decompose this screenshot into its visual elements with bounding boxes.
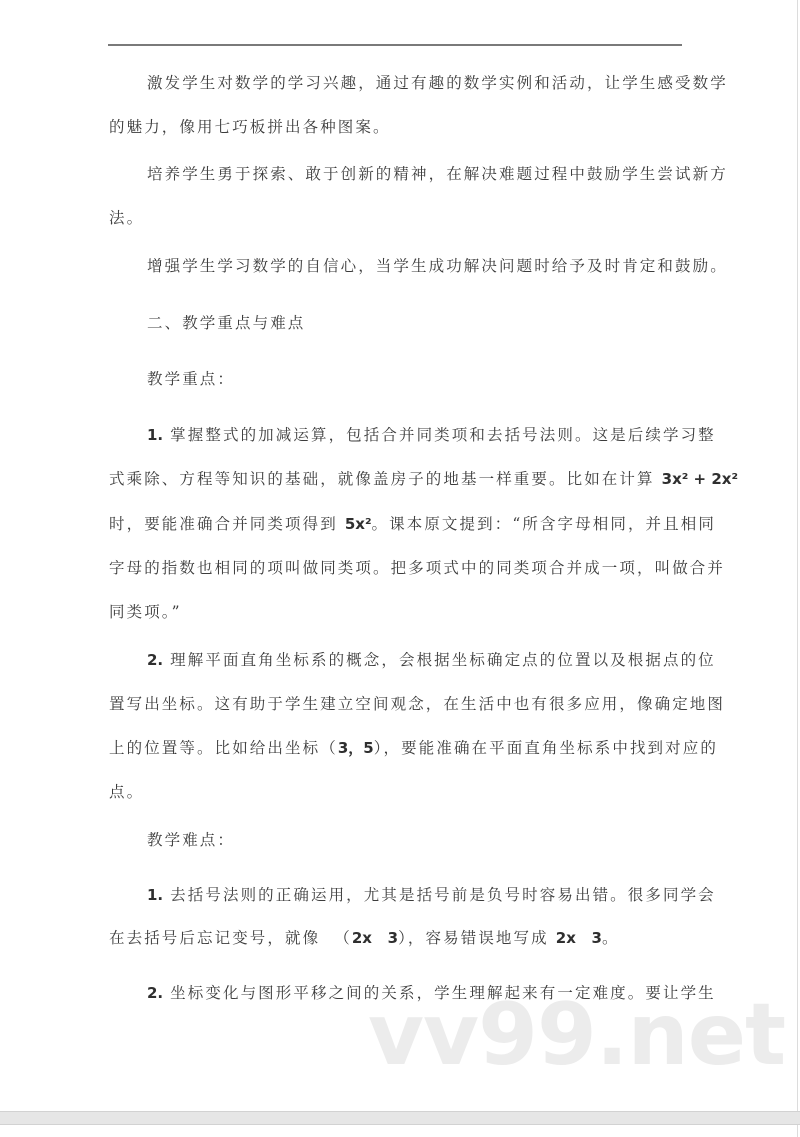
paragraph-line: 培养学生勇于探索、敢于创新的精神，在解决难题过程中鼓励学生尝试新方 xyxy=(147,164,721,184)
difficult-point-1-text: 在去括号后忘记变号，就像 （ xyxy=(109,929,352,947)
difficult-point-1-text: 。 xyxy=(602,929,620,947)
key-point-1-line: 1. 掌握整式的加减运算，包括合并同类项和去括号法则。这是后续学习整 xyxy=(147,425,721,445)
key-point-2-line: 2. 理解平面直角坐标系的概念，会根据坐标确定点的位置以及根据点的位 xyxy=(147,650,721,670)
math-expression: 3x² + 2x² xyxy=(662,470,738,488)
difficult-point-1-line: 在去括号后忘记变号，就像 （2x 3），容易错误地写成 2x 3。 xyxy=(109,928,683,948)
page-edge xyxy=(797,0,798,1137)
watermark: vv99.net xyxy=(368,990,785,1080)
key-point-1-text: 掌握整式的加减运算，包括合并同类项和去括号法则。这是后续学习整 xyxy=(170,426,716,444)
key-point-2-text: 理解平面直角坐标系的概念，会根据坐标确定点的位置以及根据点的位 xyxy=(170,651,716,669)
difficult-point-1-text: 去括号法则的正确运用，尤其是括号前是负号时容易出错。很多同学会 xyxy=(170,886,716,904)
key-point-2-text: ），要能准确在平面直角坐标系中找到对应的 xyxy=(374,739,718,757)
key-point-2-line: 点。 xyxy=(109,782,683,802)
key-point-1-text: 式乘除、方程等知识的基础，就像盖房子的地基一样重要。比如在计算 xyxy=(109,470,655,488)
list-number: 2. xyxy=(147,651,163,669)
key-point-1-line: 字母的指数也相同的项叫做同类项。把多项式中的同类项合并成一项，叫做合并 xyxy=(109,558,683,578)
header-rule xyxy=(108,44,682,46)
section-heading: 二、教学重点与难点 xyxy=(147,313,721,333)
difficult-point-1-text: ），容易错误地写成 xyxy=(398,929,556,947)
paragraph-line: 增强学生学习数学的自信心，当学生成功解决问题时给予及时肯定和鼓励。 xyxy=(147,256,721,276)
document-page: 激发学生对数学的学习兴趣，通过有趣的数学实例和活动，让学生感受数学 的魅力，像用… xyxy=(0,0,797,1110)
page-separator xyxy=(0,1111,800,1125)
list-number: 2. xyxy=(147,984,163,1002)
next-page-top xyxy=(0,1125,797,1137)
key-point-1-text: 时，要能准确合并同类项得到 xyxy=(109,515,338,533)
key-point-1-line: 时，要能准确合并同类项得到 5x²。课本原文提到：“所含字母相同，并且相同 xyxy=(109,514,683,534)
difficult-points-heading: 教学难点： xyxy=(147,830,721,850)
paragraph-line: 的魅力，像用七巧板拼出各种图案。 xyxy=(109,117,683,137)
paragraph-line: 法。 xyxy=(109,208,683,228)
key-point-2-text: 上的位置等。比如给出坐标（ xyxy=(109,739,338,757)
list-number: 1. xyxy=(147,886,163,904)
difficult-point-1-line: 1. 去括号法则的正确运用，尤其是括号前是负号时容易出错。很多同学会 xyxy=(147,885,721,905)
key-point-2-line: 上的位置等。比如给出坐标（3，5），要能准确在平面直角坐标系中找到对应的 xyxy=(109,738,683,758)
math-expression: 2x 3 xyxy=(352,929,398,947)
key-point-1-line: 式乘除、方程等知识的基础，就像盖房子的地基一样重要。比如在计算 3x² + 2x… xyxy=(109,469,683,489)
paragraph-line: 激发学生对数学的学习兴趣，通过有趣的数学实例和活动，让学生感受数学 xyxy=(147,73,721,93)
key-points-heading: 教学重点： xyxy=(147,369,721,389)
key-point-1-text: 。课本原文提到：“所含字母相同，并且相同 xyxy=(372,515,716,533)
list-number: 1. xyxy=(147,426,163,444)
math-expression: 2x 3 xyxy=(556,929,602,947)
math-expression: 5x² xyxy=(345,515,372,533)
key-point-1-line: 同类项。” xyxy=(109,602,683,622)
coordinate-value: 3，5 xyxy=(338,739,374,757)
key-point-2-line: 置写出坐标。这有助于学生建立空间观念，在生活中也有很多应用，像确定地图 xyxy=(109,694,683,714)
